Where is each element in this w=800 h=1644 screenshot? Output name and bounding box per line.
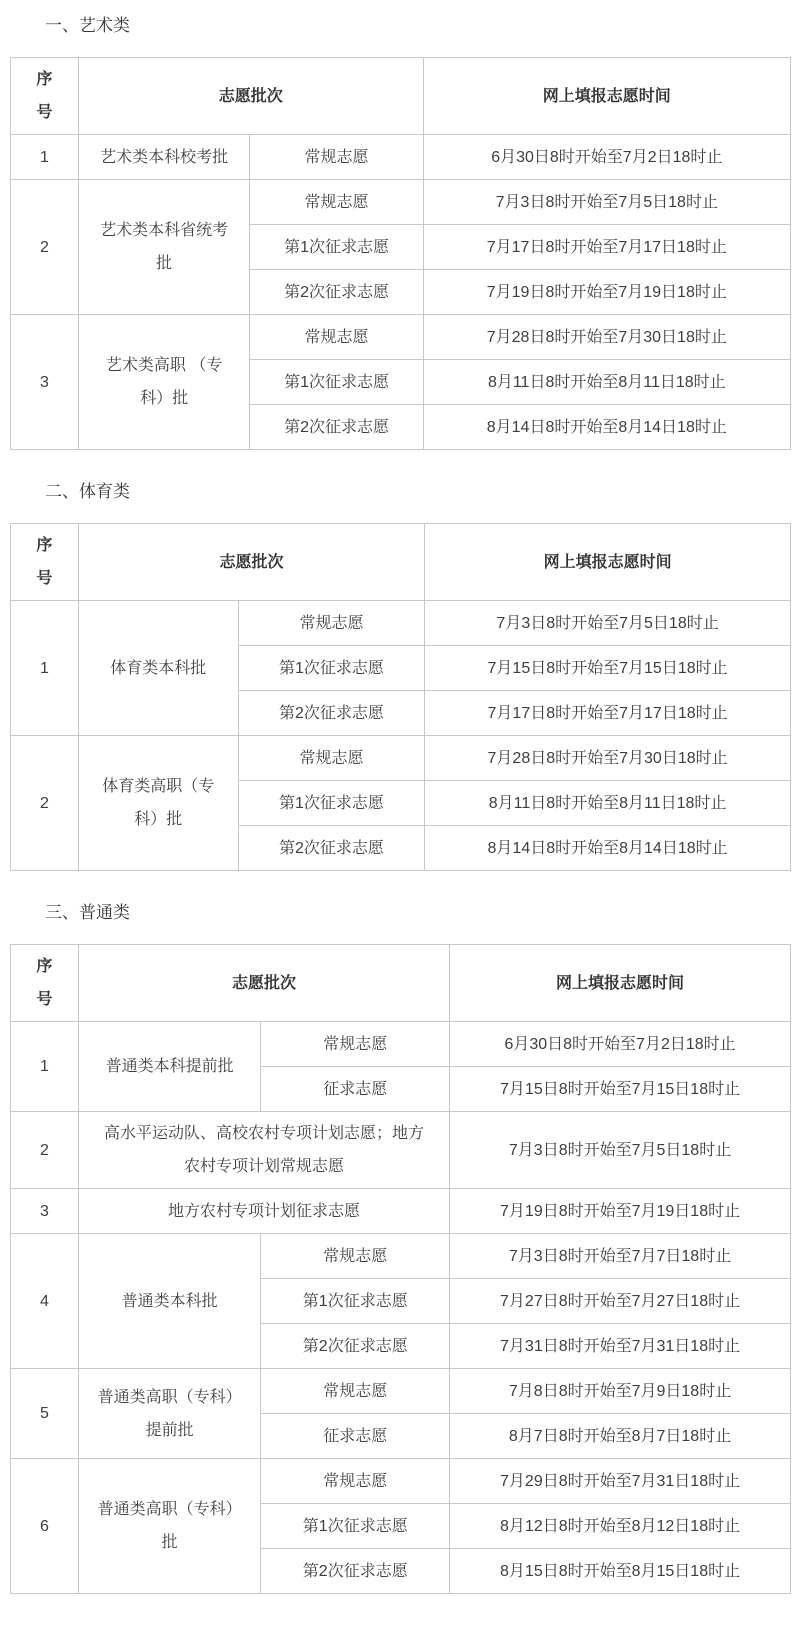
time-cell: 7月28日8时开始至7月30日18时止 (425, 736, 791, 781)
table-row: 4普通类本科批常规志愿7月3日8时开始至7月7日18时止 (11, 1234, 791, 1279)
table-row: 2体育类高职（专科）批常规志愿7月28日8时开始至7月30日18时止 (11, 736, 791, 781)
seq-cell: 3 (11, 1189, 79, 1234)
batch-cell: 艺术类本科校考批 (78, 135, 250, 180)
sub-batch-cell: 常规志愿 (261, 1234, 450, 1279)
col-header-time: 网上填报志愿时间 (425, 524, 791, 601)
time-cell: 7月3日8时开始至7月5日18时止 (425, 601, 791, 646)
sub-batch-cell: 第1次征求志愿 (261, 1279, 450, 1324)
batch-cell: 普通类本科提前批 (78, 1022, 261, 1112)
time-cell: 7月28日8时开始至7月30日18时止 (423, 315, 790, 360)
time-cell: 7月31日8时开始至7月31日18时止 (450, 1324, 791, 1369)
col-header-batch: 志愿批次 (78, 524, 424, 601)
section-general: 三、普通类 序号 志愿批次 网上填报志愿时间 1普通类本科提前批常规志愿6月30… (10, 901, 790, 1594)
table-row: 6普通类高职（专科）批常规志愿7月29日8时开始至7月31日18时止 (11, 1459, 791, 1504)
time-cell: 8月14日8时开始至8月14日18时止 (425, 826, 791, 871)
table-row: 1普通类本科提前批常规志愿6月30日8时开始至7月2日18时止 (11, 1022, 791, 1067)
time-cell: 6月30日8时开始至7月2日18时止 (450, 1022, 791, 1067)
table-row: 2艺术类本科省统考批常规志愿7月3日8时开始至7月5日18时止 (11, 180, 791, 225)
time-cell: 7月19日8时开始至7月19日18时止 (450, 1189, 791, 1234)
seq-cell: 1 (11, 1022, 79, 1112)
time-cell: 8月14日8时开始至8月14日18时止 (423, 405, 790, 450)
batch-cell: 体育类本科批 (78, 601, 238, 736)
table-header-row: 序号 志愿批次 网上填报志愿时间 (11, 945, 791, 1022)
sub-batch-cell: 第2次征求志愿 (250, 405, 423, 450)
general-schedule-table: 序号 志愿批次 网上填报志愿时间 1普通类本科提前批常规志愿6月30日8时开始至… (10, 944, 791, 1594)
seq-cell: 1 (11, 601, 79, 736)
seq-cell: 5 (11, 1369, 79, 1459)
batch-cell: 艺术类高职 （专科）批 (78, 315, 250, 450)
time-cell: 8月11日8时开始至8月11日18时止 (423, 360, 790, 405)
col-header-time: 网上填报志愿时间 (423, 58, 790, 135)
sub-batch-cell: 征求志愿 (261, 1067, 450, 1112)
time-cell: 8月15日8时开始至8月15日18时止 (450, 1549, 791, 1594)
col-header-no: 序号 (11, 524, 79, 601)
sub-batch-cell: 第1次征求志愿 (238, 646, 424, 691)
sub-batch-cell: 第1次征求志愿 (238, 781, 424, 826)
col-header-time: 网上填报志愿时间 (450, 945, 791, 1022)
table-header-row: 序号 志愿批次 网上填报志愿时间 (11, 524, 791, 601)
batch-cell: 艺术类本科省统考批 (78, 180, 250, 315)
time-cell: 7月3日8时开始至7月5日18时止 (450, 1112, 791, 1189)
seq-cell: 2 (11, 180, 79, 315)
sub-batch-cell: 第1次征求志愿 (250, 225, 423, 270)
time-cell: 7月3日8时开始至7月7日18时止 (450, 1234, 791, 1279)
section-sports: 二、体育类 序号 志愿批次 网上填报志愿时间 1体育类本科批常规志愿7月3日8时… (10, 480, 790, 871)
time-cell: 8月7日8时开始至8月7日18时止 (450, 1414, 791, 1459)
seq-cell: 2 (11, 1112, 79, 1189)
batch-cell: 普通类高职（专科）批 (78, 1459, 261, 1594)
sub-batch-cell: 第2次征求志愿 (261, 1549, 450, 1594)
sub-batch-cell: 常规志愿 (261, 1022, 450, 1067)
sub-batch-cell: 第2次征求志愿 (238, 826, 424, 871)
sub-batch-cell: 常规志愿 (250, 135, 423, 180)
seq-cell: 2 (11, 736, 79, 871)
table-row: 1体育类本科批常规志愿7月3日8时开始至7月5日18时止 (11, 601, 791, 646)
sports-schedule-table: 序号 志愿批次 网上填报志愿时间 1体育类本科批常规志愿7月3日8时开始至7月5… (10, 523, 791, 871)
batch-cell: 地方农村专项计划征求志愿 (78, 1189, 449, 1234)
batch-cell: 体育类高职（专科）批 (78, 736, 238, 871)
sub-batch-cell: 征求志愿 (261, 1414, 450, 1459)
time-cell: 7月3日8时开始至7月5日18时止 (423, 180, 790, 225)
sub-batch-cell: 常规志愿 (238, 601, 424, 646)
time-cell: 8月11日8时开始至8月11日18时止 (425, 781, 791, 826)
seq-cell: 4 (11, 1234, 79, 1369)
time-cell: 7月8日8时开始至7月9日18时止 (450, 1369, 791, 1414)
col-header-no: 序号 (11, 58, 79, 135)
table-row: 2高水平运动队、高校农村专项计划志愿；地方农村专项计划常规志愿7月3日8时开始至… (11, 1112, 791, 1189)
time-cell: 8月12日8时开始至8月12日18时止 (450, 1504, 791, 1549)
table-row: 1艺术类本科校考批常规志愿6月30日8时开始至7月2日18时止 (11, 135, 791, 180)
time-cell: 7月15日8时开始至7月15日18时止 (450, 1067, 791, 1112)
sub-batch-cell: 第2次征求志愿 (261, 1324, 450, 1369)
time-cell: 7月17日8时开始至7月17日18时止 (425, 691, 791, 736)
time-cell: 7月17日8时开始至7月17日18时止 (423, 225, 790, 270)
col-header-no: 序号 (11, 945, 79, 1022)
sub-batch-cell: 第2次征求志愿 (238, 691, 424, 736)
time-cell: 7月29日8时开始至7月31日18时止 (450, 1459, 791, 1504)
section-title-art: 一、艺术类 (45, 14, 790, 38)
sub-batch-cell: 常规志愿 (250, 315, 423, 360)
time-cell: 7月15日8时开始至7月15日18时止 (425, 646, 791, 691)
sub-batch-cell: 常规志愿 (261, 1369, 450, 1414)
seq-cell: 3 (11, 315, 79, 450)
page: 一、艺术类 序号 志愿批次 网上填报志愿时间 1艺术类本科校考批常规志愿6月30… (0, 0, 800, 1644)
time-cell: 7月19日8时开始至7月19日18时止 (423, 270, 790, 315)
col-header-batch: 志愿批次 (78, 945, 449, 1022)
seq-cell: 6 (11, 1459, 79, 1594)
sub-batch-cell: 第1次征求志愿 (261, 1504, 450, 1549)
section-art: 一、艺术类 序号 志愿批次 网上填报志愿时间 1艺术类本科校考批常规志愿6月30… (10, 14, 790, 450)
table-row: 3地方农村专项计划征求志愿7月19日8时开始至7月19日18时止 (11, 1189, 791, 1234)
sub-batch-cell: 第1次征求志愿 (250, 360, 423, 405)
batch-cell: 普通类高职（专科）提前批 (78, 1369, 261, 1459)
time-cell: 7月27日8时开始至7月27日18时止 (450, 1279, 791, 1324)
time-cell: 6月30日8时开始至7月2日18时止 (423, 135, 790, 180)
art-schedule-table: 序号 志愿批次 网上填报志愿时间 1艺术类本科校考批常规志愿6月30日8时开始至… (10, 57, 791, 450)
sub-batch-cell: 常规志愿 (261, 1459, 450, 1504)
seq-cell: 1 (11, 135, 79, 180)
table-row: 3艺术类高职 （专科）批常规志愿7月28日8时开始至7月30日18时止 (11, 315, 791, 360)
section-title-general: 三、普通类 (45, 901, 790, 925)
section-title-sports: 二、体育类 (45, 480, 790, 504)
col-header-batch: 志愿批次 (78, 58, 423, 135)
table-row: 5普通类高职（专科）提前批常规志愿7月8日8时开始至7月9日18时止 (11, 1369, 791, 1414)
sub-batch-cell: 常规志愿 (238, 736, 424, 781)
sub-batch-cell: 第2次征求志愿 (250, 270, 423, 315)
sub-batch-cell: 常规志愿 (250, 180, 423, 225)
table-header-row: 序号 志愿批次 网上填报志愿时间 (11, 58, 791, 135)
batch-cell: 高水平运动队、高校农村专项计划志愿；地方农村专项计划常规志愿 (78, 1112, 449, 1189)
batch-cell: 普通类本科批 (78, 1234, 261, 1369)
